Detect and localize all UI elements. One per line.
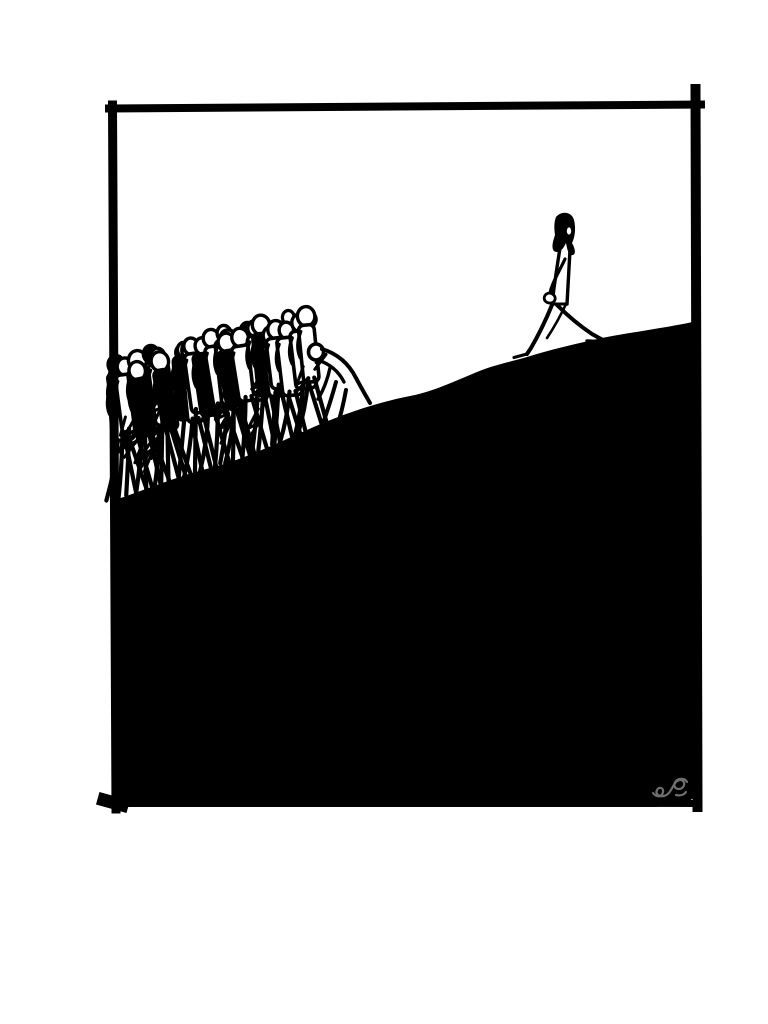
frame-right-edge (696, 89, 698, 807)
figure-front-foot (587, 341, 618, 343)
framed-ink-drawing (0, 0, 768, 1024)
figure-face-highlight (567, 227, 571, 234)
frame-top-edge (109, 105, 701, 109)
frame-bottom-left-nub (104, 800, 122, 805)
frame-left-edge (113, 105, 117, 809)
frame-bottom-edge (111, 803, 698, 804)
figure-hand-bag (544, 293, 555, 303)
hunched-figure-head (309, 344, 324, 360)
illustration-page (0, 0, 768, 1024)
